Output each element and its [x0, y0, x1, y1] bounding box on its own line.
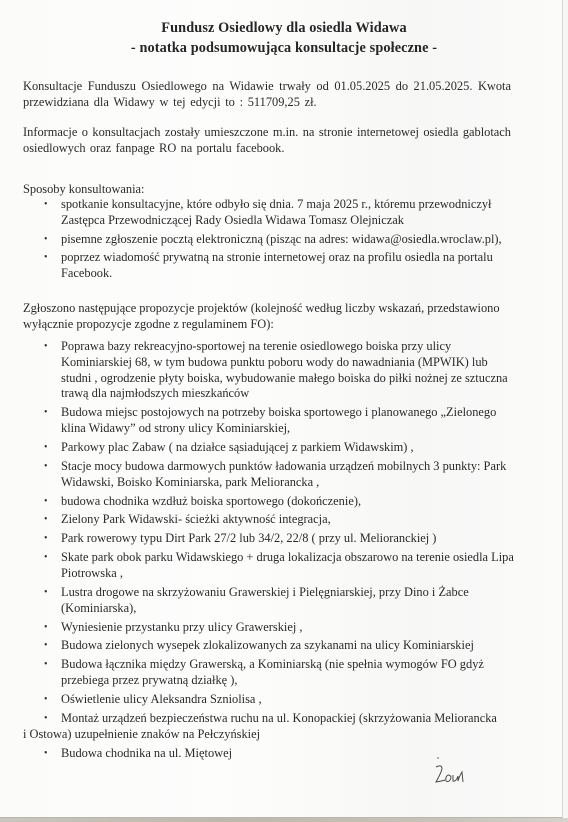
info-paragraph: Informacje o konsultacjach zostały umies… — [23, 125, 511, 156]
bullet-icon: • — [44, 531, 48, 547]
document-page: Fundusz Osiedlowy dla osiedla Widawa - n… — [0, 0, 563, 820]
proposal-item: • Montaż urządzeń bezpieczeństwa ruchu n… — [0, 711, 521, 743]
proposal-item: • Oświetlenie ulicy Aleksandra Szniolisa… — [0, 692, 521, 708]
proposal-item: • Lustra drogowe na skrzyżowaniu Grawers… — [0, 585, 521, 617]
proposal-item: • Stacje mocy budowa darmowych punktów ł… — [0, 459, 521, 491]
bullet-icon: • — [44, 711, 48, 727]
bullet-icon: • — [44, 459, 48, 475]
method-item: • poprzez wiadomość prywatną na stronie … — [0, 250, 511, 282]
proposal-text: Park rowerowy typu Dirt Park 27/2 lub 34… — [61, 531, 436, 545]
method-item: • pisemne zgłoszenie pocztą elektroniczn… — [0, 232, 511, 248]
signature-icon — [432, 755, 472, 789]
proposal-text: Skate park obok parku Widawskiego + drug… — [61, 550, 514, 580]
bullet-icon: • — [44, 405, 48, 421]
bullet-icon: • — [44, 657, 48, 673]
bullet-icon: • — [44, 585, 48, 601]
intro-paragraph: Konsultacje Funduszu Osiedlowego na Wida… — [23, 79, 511, 110]
bullet-icon: • — [44, 746, 48, 762]
bullet-icon: • — [44, 440, 48, 456]
bullet-icon: • — [44, 620, 48, 636]
proposal-text: Budowa chodnika na ul. Miętowej — [61, 746, 232, 760]
proposal-item: • Budowa zielonych wysepek zlokalizowany… — [0, 638, 521, 654]
methods-heading: Sposoby konsultowania: — [23, 182, 511, 198]
proposal-text-continuation: i Ostowa) uzupełnienie znaków na Pełczyń… — [23, 727, 521, 743]
proposal-item: • Wyniesienie przystanku przy ulicy Graw… — [0, 620, 521, 636]
methods-list: • spotkanie konsultacyjne, które odbyło … — [0, 197, 511, 285]
proposal-text: Stacje mocy budowa darmowych punktów ład… — [61, 459, 506, 489]
desk-surface — [0, 818, 568, 822]
method-text: poprzez wiadomość prywatną na stronie in… — [61, 250, 493, 280]
proposal-item: • Park rowerowy typu Dirt Park 27/2 lub … — [0, 531, 521, 547]
proposal-item: • Skate park obok parku Widawskiego + dr… — [0, 550, 521, 582]
proposal-text: Wyniesienie przystanku przy ulicy Grawer… — [61, 620, 302, 634]
proposal-item: • Poprawa bazy rekreacyjno-sportowej na … — [0, 339, 521, 402]
proposal-text: Budowa łącznika między Grawerską, a Komi… — [61, 657, 484, 687]
proposal-text: Parkowy plac Zabaw ( na działce sąsiaduj… — [61, 440, 414, 454]
proposal-text: Montaż urządzeń bezpieczeństwa ruchu na … — [61, 711, 497, 725]
proposal-item: • Zielony Park Widawski- ścieżki aktywno… — [0, 512, 521, 528]
bullet-icon: • — [44, 339, 48, 355]
proposal-text: Budowa miejsc postojowych na potrzeby bo… — [61, 405, 496, 435]
bullet-icon: • — [44, 550, 48, 566]
bullet-icon: • — [44, 250, 48, 266]
bullet-icon: • — [44, 232, 48, 248]
proposal-item: • Budowa miejsc postojowych na potrzeby … — [0, 405, 521, 437]
bullet-icon: • — [44, 197, 48, 213]
bullet-icon: • — [44, 692, 48, 708]
proposal-text: Poprawa bazy rekreacyjno-sportowej na te… — [61, 339, 508, 400]
proposal-text: budowa chodnika wzdłuż boiska sportowego… — [61, 494, 361, 508]
proposal-text: Zielony Park Widawski- ścieżki aktywność… — [61, 512, 331, 526]
proposal-item: • Parkowy plac Zabaw ( na działce sąsiad… — [0, 440, 521, 456]
proposal-text: Budowa zielonych wysepek zlokalizowanych… — [61, 638, 474, 652]
proposal-item: • budowa chodnika wzdłuż boiska sportowe… — [0, 494, 521, 510]
method-item: • spotkanie konsultacyjne, które odbyło … — [0, 197, 511, 229]
method-text: spotkanie konsultacyjne, które odbyło si… — [61, 197, 491, 227]
method-text: pisemne zgłoszenie pocztą elektroniczną … — [61, 232, 502, 246]
proposal-text: Oświetlenie ulicy Aleksandra Szniolisa , — [61, 692, 262, 706]
proposals-heading: Zgłoszono następujące propozycje projekt… — [23, 301, 523, 332]
proposal-item: • Budowa łącznika między Grawerską, a Ko… — [0, 657, 521, 689]
bullet-icon: • — [44, 512, 48, 528]
document-subtitle: - notatka podsumowująca konsultacje społ… — [0, 40, 568, 57]
proposal-text: Lustra drogowe na skrzyżowaniu Grawerski… — [61, 585, 469, 615]
bullet-icon: • — [44, 638, 48, 654]
proposals-list: • Poprawa bazy rekreacyjno-sportowej na … — [0, 339, 521, 765]
document-title: Fundusz Osiedlowy dla osiedla Widawa — [0, 20, 568, 37]
bullet-icon: • — [44, 494, 48, 510]
